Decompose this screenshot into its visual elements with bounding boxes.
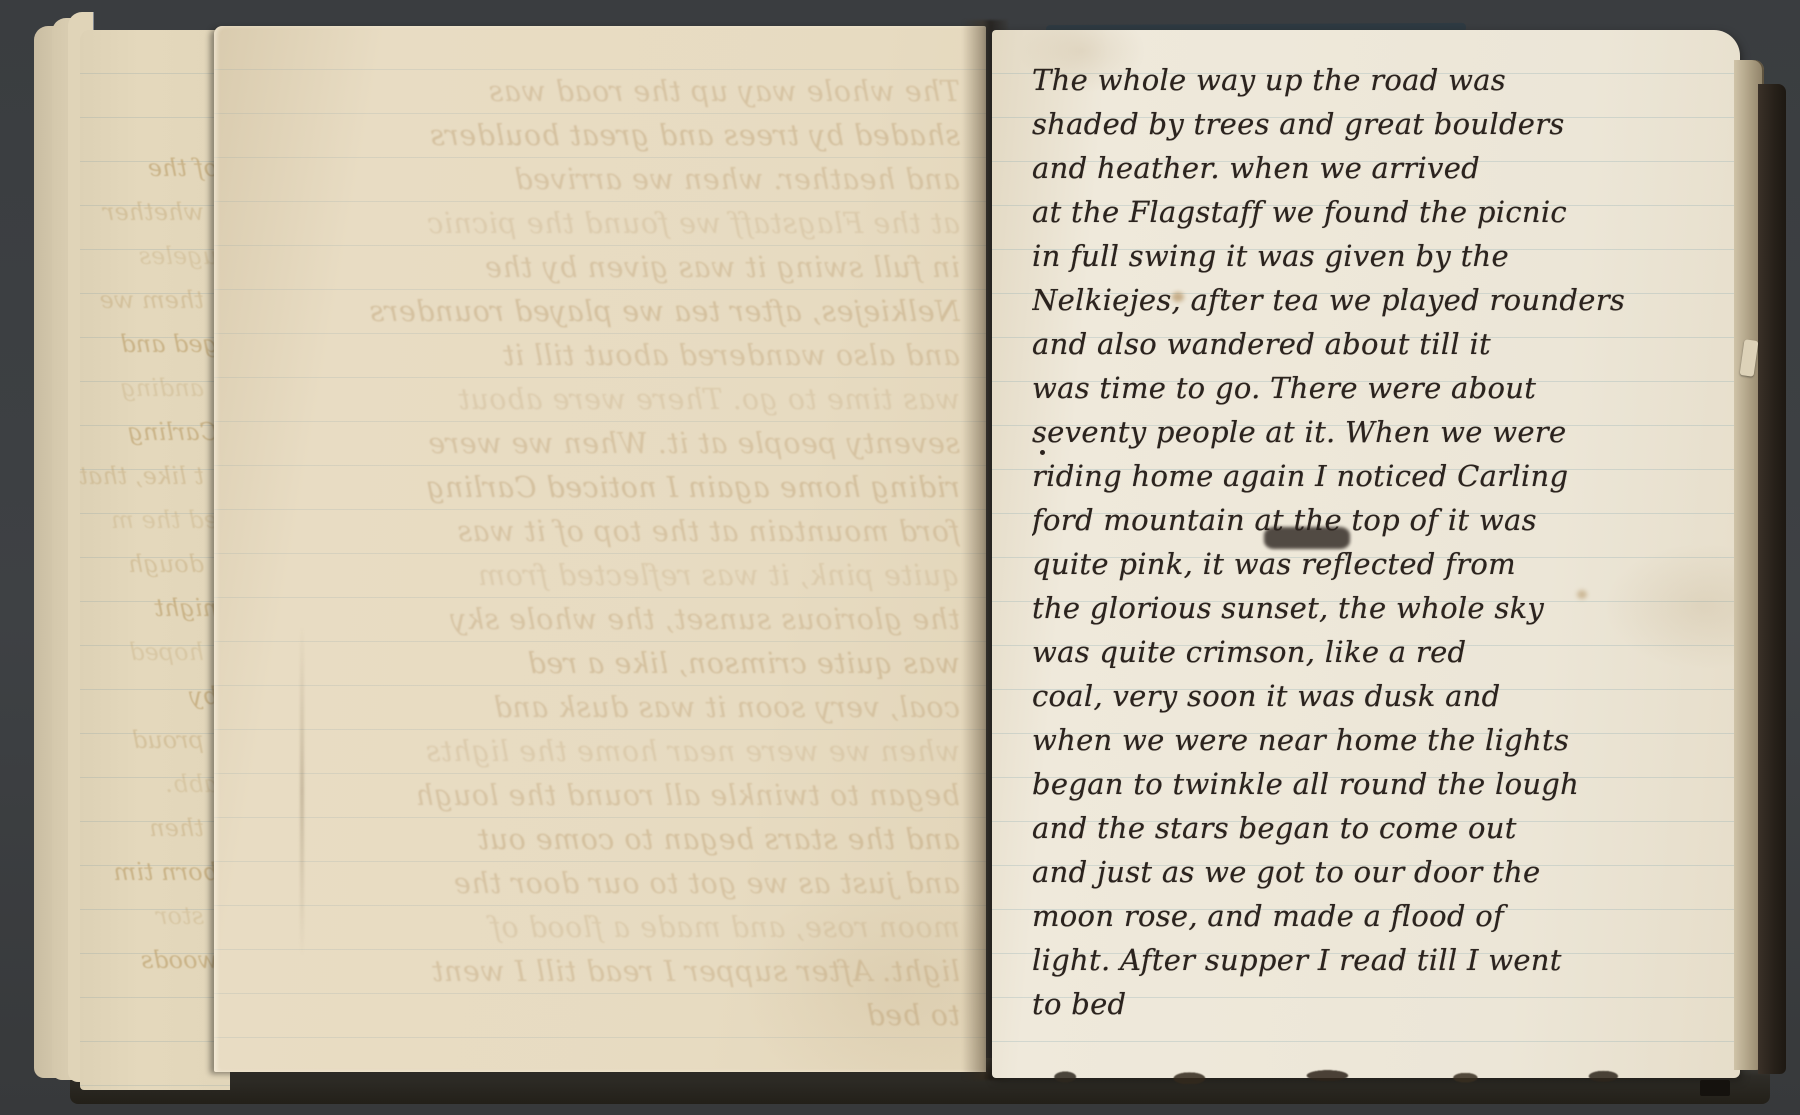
right-page: The whole way up the road wasshaded by t…	[992, 30, 1740, 1078]
text-line: riding home again I noticed Carling	[1032, 454, 1732, 498]
text-line: Nelkiejes, after tea we played rounders	[272, 290, 960, 334]
text-line: hoped	[80, 630, 226, 674]
ink-speck	[1040, 450, 1045, 455]
text-line: and also wandered about till it	[1032, 322, 1732, 366]
text-line: proud	[80, 718, 226, 762]
paper-stain	[1577, 590, 1587, 599]
text-line: light. After supper I read till I went	[272, 950, 960, 994]
text-line: and just as we got to our door the	[272, 862, 960, 906]
text-line: moon rose, and made a flood of	[1032, 894, 1732, 938]
text-line: in full swing it was given by the	[1032, 234, 1732, 278]
text-line: and the stars began to come out	[272, 818, 960, 862]
text-line: ford mountain at the top of it was	[1032, 498, 1732, 542]
text-line: ford mountain at the top of it was	[272, 510, 960, 554]
text-line: them we	[80, 278, 226, 322]
text-line: and heather. when we arrived	[1032, 146, 1732, 190]
text-line: ed the m	[80, 498, 226, 542]
text-line: seventy people at it. When we were	[1032, 410, 1732, 454]
text-line: was quite crimson, like a red	[272, 642, 960, 686]
text-line: and also wandered about till it	[272, 334, 960, 378]
text-line: anding	[80, 366, 226, 410]
text-line: quite pink, it was reflected from	[1032, 542, 1732, 586]
text-line: when we were near home the lights	[272, 730, 960, 774]
text-line: whether	[80, 190, 226, 234]
text-line: coal, very soon it was dusk and	[272, 686, 960, 730]
cover-edge-right	[1758, 84, 1786, 1074]
text-line: then	[80, 806, 226, 850]
ink-scribble	[1264, 527, 1350, 549]
text-line: of the	[80, 146, 226, 190]
text-line: was time to go. There were about	[1032, 366, 1732, 410]
diary-entry-text: The whole way up the road wasshaded by t…	[1032, 58, 1732, 1026]
text-line: ugeles	[80, 234, 226, 278]
text-line: born tim	[80, 850, 226, 894]
text-line: Nelkiejes, after tea we played rounders	[1032, 278, 1732, 322]
text-line: riding home again I noticed Carling	[272, 466, 960, 510]
bleed-through-fragments: of thewhetherugelesthem weged andandingC…	[80, 146, 226, 982]
text-line: stor	[80, 894, 226, 938]
text-line: at the Flagstaff we found the picnic	[272, 202, 960, 246]
text-line: the glorious sunset, the whole sky	[272, 598, 960, 642]
text-line: the glorious sunset, the whole sky	[1032, 586, 1732, 630]
text-line: began to twinkle all round the lough	[1032, 762, 1732, 806]
paper-stain	[1172, 292, 1184, 302]
text-line: woods	[80, 938, 226, 982]
text-line: when we were near home the lights	[1032, 718, 1732, 762]
text-line: The whole way up the road was	[272, 70, 960, 114]
binding-tab	[1700, 1080, 1730, 1096]
text-line: in full swing it was given by the	[272, 246, 960, 290]
text-line: t like, that	[80, 454, 226, 498]
bleed-through-text: The whole way up the road wasshaded by t…	[272, 70, 960, 1038]
worn-bottom-edge	[1010, 1070, 1700, 1084]
text-line: and just as we got to our door the	[1032, 850, 1732, 894]
text-line: to bed	[272, 994, 960, 1038]
text-line: dough	[80, 542, 226, 586]
text-line: was time to go. There were about	[272, 378, 960, 422]
text-line: light. After supper I read till I went	[1032, 938, 1732, 982]
text-line: shaded by trees and great boulders	[272, 114, 960, 158]
text-line: The whole way up the road was	[1032, 58, 1732, 102]
left-page: The whole way up the road wasshaded by t…	[214, 26, 986, 1072]
text-line: shaded by trees and great boulders	[1032, 102, 1732, 146]
text-line: by	[80, 674, 226, 718]
text-line: coal, very soon it was dusk and	[1032, 674, 1732, 718]
text-line: at the Flagstaff we found the picnic	[1032, 190, 1732, 234]
text-line: quite pink, it was reflected from	[272, 554, 960, 598]
text-line: began to twinkle all round the lough	[272, 774, 960, 818]
text-line: moon rose, and made a flood of	[272, 906, 960, 950]
text-line: and the stars began to come out	[1032, 806, 1732, 850]
text-line: and heather. when we arrived	[272, 158, 960, 202]
text-line: seventy people at it. When we were	[272, 422, 960, 466]
text-line: to bed	[1032, 982, 1732, 1026]
under-page-strip: of thewhetherugelesthem weged andandingC…	[80, 30, 230, 1090]
diary-photo: of thewhetherugelesthem weged andandingC…	[0, 0, 1800, 1115]
text-line: abb.	[80, 762, 226, 806]
text-line: Carling	[80, 410, 226, 454]
text-line: was quite crimson, like a red	[1032, 630, 1732, 674]
text-line: night	[80, 586, 226, 630]
text-line: ged and	[80, 322, 226, 366]
